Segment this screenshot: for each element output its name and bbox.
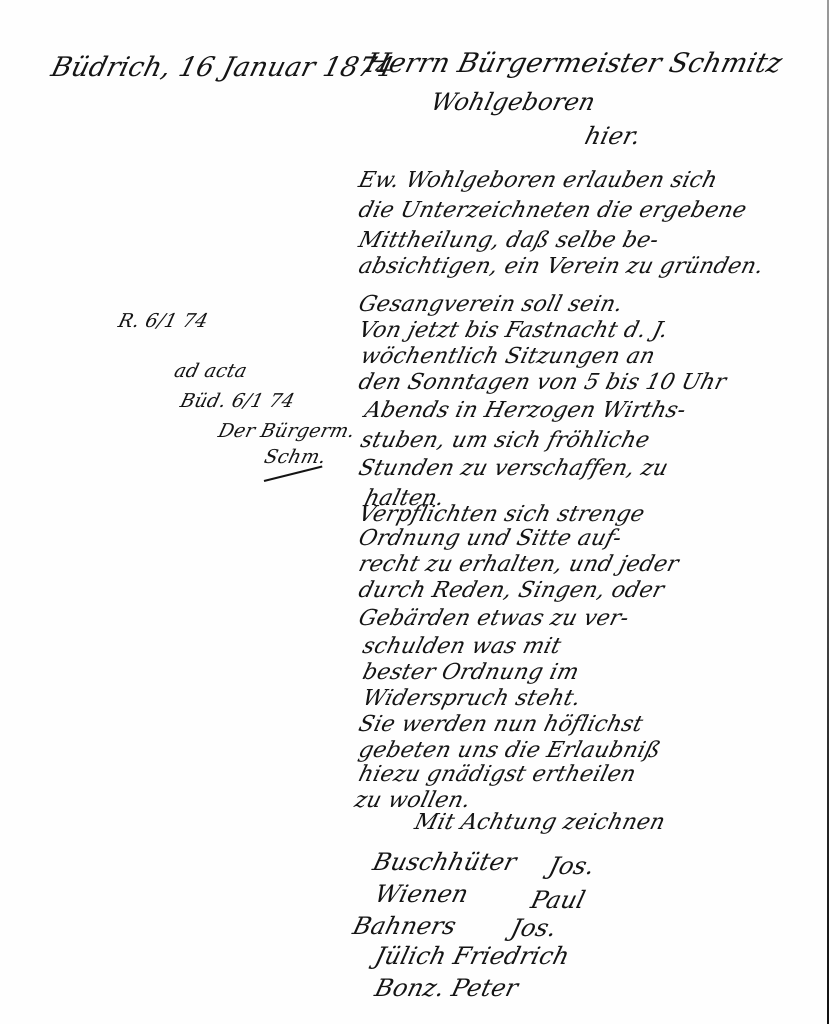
signature-name: Buschhüter [370, 848, 520, 876]
body-line: durch Reden, Singen, oder [356, 578, 667, 603]
body-line: Sie werden nun höflichst [356, 712, 646, 737]
body-line: Abends in Herzogen Wirths- [362, 398, 688, 423]
body-line: Von jetzt bis Fastnacht d. J. [356, 318, 671, 343]
letter-page: Büdrich, 16 Januar 1874 Herrn Bürgermeis… [0, 0, 830, 1024]
body-line: die Unterzeichneten die ergebene [356, 198, 749, 223]
body-line: Gesangverein soll sein. [356, 292, 625, 317]
signature-name: Wienen [372, 880, 471, 908]
place-date: Büdrich, 16 Januar 1874 [48, 52, 397, 83]
margin-note-received: R. 6/1 74 [116, 310, 210, 332]
body-line: den Sonntagen von 5 bis 10 Uhr [356, 370, 729, 395]
signature-given-name: Jos. [508, 914, 560, 942]
body-line: Widerspruch steht. [360, 686, 583, 711]
margin-note-ad-acta-date: Büd. 6/1 74 [178, 390, 297, 412]
body-line: recht zu erhalten, und jeder [356, 552, 681, 577]
body-line: absichtigen, ein Verein zu gründen. [356, 254, 766, 279]
addressee-line-1: Herrn Bürgermeister Schmitz [362, 48, 785, 79]
body-line: hiezu gnädigst ertheilen [356, 762, 639, 787]
signature-name: Bonz. Peter [372, 974, 521, 1002]
signature-given-name: Jos. [546, 852, 598, 880]
signature-given-name: Paul [528, 886, 588, 914]
body-line: schulden was mit [360, 634, 564, 659]
addressee-line-2: Wohlgeboren [428, 88, 598, 116]
margin-note-ad-acta: ad acta [172, 360, 249, 382]
closing-line: Mit Achtung zeichnen [412, 810, 668, 835]
body-line: Mittheilung, daß selbe be- [356, 228, 661, 253]
body-line: wöchentlich Sitzungen an [358, 344, 658, 369]
body-line: gebeten uns die Erlaubniß [356, 738, 663, 763]
body-line: stuben, um sich fröhliche [358, 428, 652, 453]
body-line: Gebärden etwas zu ver- [356, 606, 631, 631]
body-line: Verpflichten sich strenge [356, 502, 647, 527]
signature-name: Jülich Friedrich [372, 942, 573, 970]
margin-note-ad-acta-by: Der Bürgerm. [216, 420, 357, 442]
body-line: Ordnung und Sitte auf- [356, 526, 624, 551]
page-edge-line [827, 0, 829, 1024]
body-line: bester Ordnung im [360, 660, 582, 685]
addressee-line-3: hier. [582, 122, 644, 150]
margin-note-signature: Schm. [262, 446, 328, 468]
signature-name: Bahners [350, 912, 459, 940]
body-line: Stunden zu verschaffen, zu [356, 456, 671, 481]
body-line: Ew. Wohlgeboren erlauben sich [356, 168, 720, 193]
